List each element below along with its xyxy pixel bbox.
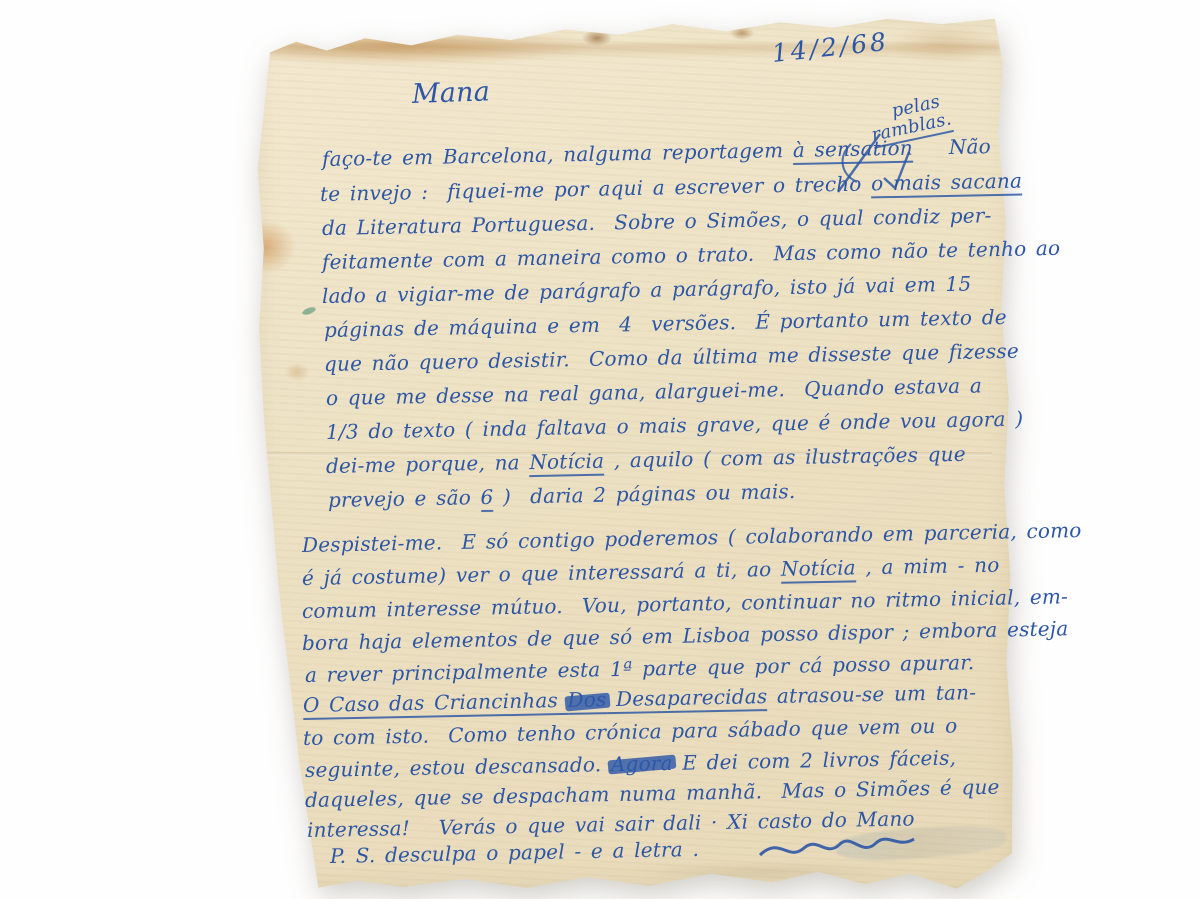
letter-line: prevejo e são 6 ) daria 2 páginas ou mai… (328, 480, 796, 511)
letter-line: a rever principalmente esta 1ª parte que… (305, 651, 975, 686)
letter-line: te invejo : fiquei-me por aqui a escreve… (320, 170, 1023, 205)
letter-line: faço-te em Barcelona, nalguma reportagem… (322, 135, 991, 170)
letter-text-segment: 1/3 do texto ( inda faltava o mais grave… (326, 407, 1024, 444)
letter-date: 14/2/68 (771, 28, 891, 68)
letter-line: Despistei-me. E só contigo poderemos ( c… (302, 519, 1082, 556)
letter-text-segment: que não quero desistir. Como da última m… (324, 339, 1019, 376)
letter-line: o que me desse na real gana, alarguei-me… (326, 374, 982, 409)
letter-text-segment: prevejo e são (328, 485, 481, 512)
underlined-text: o mais sacana (871, 169, 1023, 199)
letter-text-segment: atrasou-se um tan- (767, 680, 976, 708)
underlined-text: à sensation (793, 136, 914, 165)
letter-line: comum interesse mútuo. Vou, portanto, co… (302, 585, 1068, 622)
letter-postscript: P. S. desculpa o papel - e a letra . (330, 838, 699, 867)
letter-line: páginas de máquina e em 4 versões. É por… (324, 306, 1007, 341)
letter-text-segment: páginas de máquina e em 4 versões. É por… (324, 305, 1007, 342)
scribbled-out-word: Dos (567, 687, 606, 715)
letter-text-segment: da Literatura Portuguesa. Sobre o Simões… (322, 203, 992, 240)
letter-text-segment: E dei com 2 livros fáceis, (672, 746, 956, 775)
letter-text-segment: dei-me porque, na (326, 450, 530, 478)
letter-text-segment: interessa! Verás o que vai sair dali · X… (307, 806, 915, 842)
letter-line: que não quero desistir. Como da última m… (324, 340, 1019, 375)
letter-text-segment: , aquilo ( com as ilustrações que (604, 442, 966, 473)
letter-line: 1/3 do texto ( inda faltava o mais grave… (326, 408, 1024, 443)
underlined-text: O Caso das Criancinhas (303, 688, 568, 720)
letter-text-segment: o que me desse na real gana, alarguei-me… (326, 373, 982, 410)
underlined-text: Desaparecidas (606, 684, 767, 714)
letter-line: to com isto. Como tenho crónica para sáb… (303, 714, 958, 749)
handwriting-gap (913, 154, 949, 155)
scribbled-out-word: Agora (611, 751, 673, 776)
letter-text-segment: é já costume) ver o que interessará a ti… (302, 557, 781, 590)
letter-photograph: 14/2/68 Mana pelas ramblas. faço-te em B… (0, 0, 1200, 899)
underlined-text: Notícia (529, 449, 604, 477)
letter-text-segment: te invejo : fiquei-me por aqui a escreve… (320, 171, 872, 206)
letter-line: da Literatura Portuguesa. Sobre o Simões… (322, 204, 992, 239)
letter-line: lado a vigiar-me de parágrafo a parágraf… (322, 273, 972, 307)
letter-text-segment: , a mim - no (856, 553, 1000, 580)
letter-text-segment: comum interesse mútuo. Vou, portanto, co… (302, 584, 1068, 623)
letter-text-segment: seguinte, estou descansado. (305, 752, 611, 782)
underlined-text: Notícia (781, 555, 856, 583)
letter-text-segment: feitamente com a maneira como o trato. M… (322, 236, 1061, 274)
handwriting-layer: 14/2/68 Mana pelas ramblas. faço-te em B… (0, 0, 1200, 899)
letter-line: dei-me porque, na Notícia , aquilo ( com… (326, 443, 966, 477)
letter-text-segment: faço-te em Barcelona, nalguma reportagem (322, 138, 793, 171)
letter-text-segment: Não (949, 134, 992, 159)
letter-line: interessa! Verás o que vai sair dali · X… (307, 807, 915, 841)
letter-text-segment: lado a vigiar-me de parágrafo a parágraf… (322, 272, 972, 308)
letter-line: seguinte, estou descansado. Agora E dei … (305, 747, 957, 781)
letter-text-segment: Despistei-me. E só contigo poderemos ( c… (302, 518, 1082, 557)
letter-text-segment: to com isto. Como tenho crónica para sáb… (303, 713, 958, 750)
letter-line: é já costume) ver o que interessará a ti… (302, 554, 1000, 589)
letter-line: feitamente com a maneira como o trato. M… (322, 237, 1061, 273)
letter-salutation: Mana (411, 77, 490, 109)
letter-text-segment: ) daria 2 páginas ou mais. (493, 479, 795, 509)
letter-line: bora haja elementos de que só em Lisboa … (302, 617, 1069, 654)
letter-line: O Caso das Criancinhas Dos Desaparecidas… (303, 681, 977, 716)
letter-text-segment: bora haja elementos de que só em Lisboa … (302, 616, 1069, 655)
underlined-text: 6 (480, 485, 493, 512)
